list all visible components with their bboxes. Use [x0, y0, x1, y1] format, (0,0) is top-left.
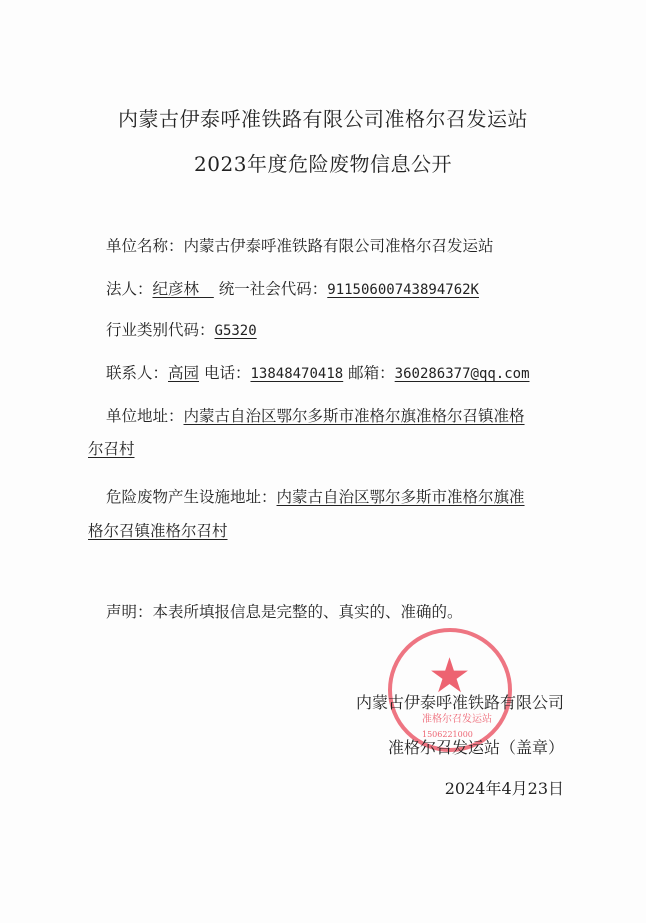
signature-company-line2: 准格尔召发运站（盖章） [388, 735, 564, 758]
unit-name-row: 单位名称：内蒙古伊泰呼准铁路有限公司准格尔召发运站 [106, 234, 494, 256]
phone-value: 13848470418 [250, 366, 343, 382]
address-label: 单位地址： [106, 407, 184, 425]
document-title-line2: 2023年度危险废物信息公开 [0, 148, 646, 177]
address-value-line2: 尔召村 [88, 440, 135, 458]
contact-label: 联系人： [106, 364, 168, 382]
facility-address-value-line2: 格尔召镇准格尔召村 [88, 522, 228, 540]
facility-address-row-continued: 格尔召镇准格尔召村 [88, 519, 228, 541]
phone-label: 电话： [204, 364, 251, 382]
signature-company-line1: 内蒙古伊泰呼准铁路有限公司 [356, 690, 564, 713]
declaration: 声明：本表所填报信息是完整的、真实的、准确的。 [106, 600, 463, 622]
address-row: 单位地址：内蒙古自治区鄂尔多斯市准格尔旗准格尔召镇准格 [106, 404, 525, 426]
unit-name-value: 内蒙古伊泰呼准铁路有限公司准格尔召发运站 [184, 237, 494, 255]
signature-date: 2024年4月23日 [445, 776, 564, 799]
address-value-line1: 内蒙古自治区鄂尔多斯市准格尔旗准格尔召镇准格 [184, 407, 525, 425]
email-label: 邮箱： [348, 364, 395, 382]
contact-row: 联系人：高园 电话：13848470418 邮箱：360286377@qq.co… [106, 361, 530, 383]
industry-code-label: 行业类别代码： [106, 321, 215, 339]
legal-person-row: 法人：纪彦林 统一社会代码：91150600743894762K [106, 277, 479, 299]
facility-address-label: 危险废物产生设施地址： [106, 488, 277, 506]
email-value: 360286377@qq.com [395, 366, 530, 382]
unit-name-label: 单位名称： [106, 237, 184, 255]
address-row-continued: 尔召村 [88, 437, 135, 459]
credit-code-label: 统一社会代码： [219, 280, 328, 298]
industry-code-row: 行业类别代码：G5320 [106, 318, 257, 340]
document-title-line1: 内蒙古伊泰呼准铁路有限公司准格尔召发运站 [0, 103, 646, 132]
facility-address-row: 危险废物产生设施地址：内蒙古自治区鄂尔多斯市准格尔旗准 [106, 485, 525, 507]
legal-person-value: 纪彦林 [153, 280, 214, 298]
credit-code-value: 91150600743894762K [327, 282, 479, 298]
industry-code-value: G5320 [215, 323, 257, 339]
legal-person-label: 法人： [106, 280, 153, 298]
contact-value: 高园 [168, 364, 199, 382]
facility-address-value-line1: 内蒙古自治区鄂尔多斯市准格尔旗准 [277, 488, 525, 506]
